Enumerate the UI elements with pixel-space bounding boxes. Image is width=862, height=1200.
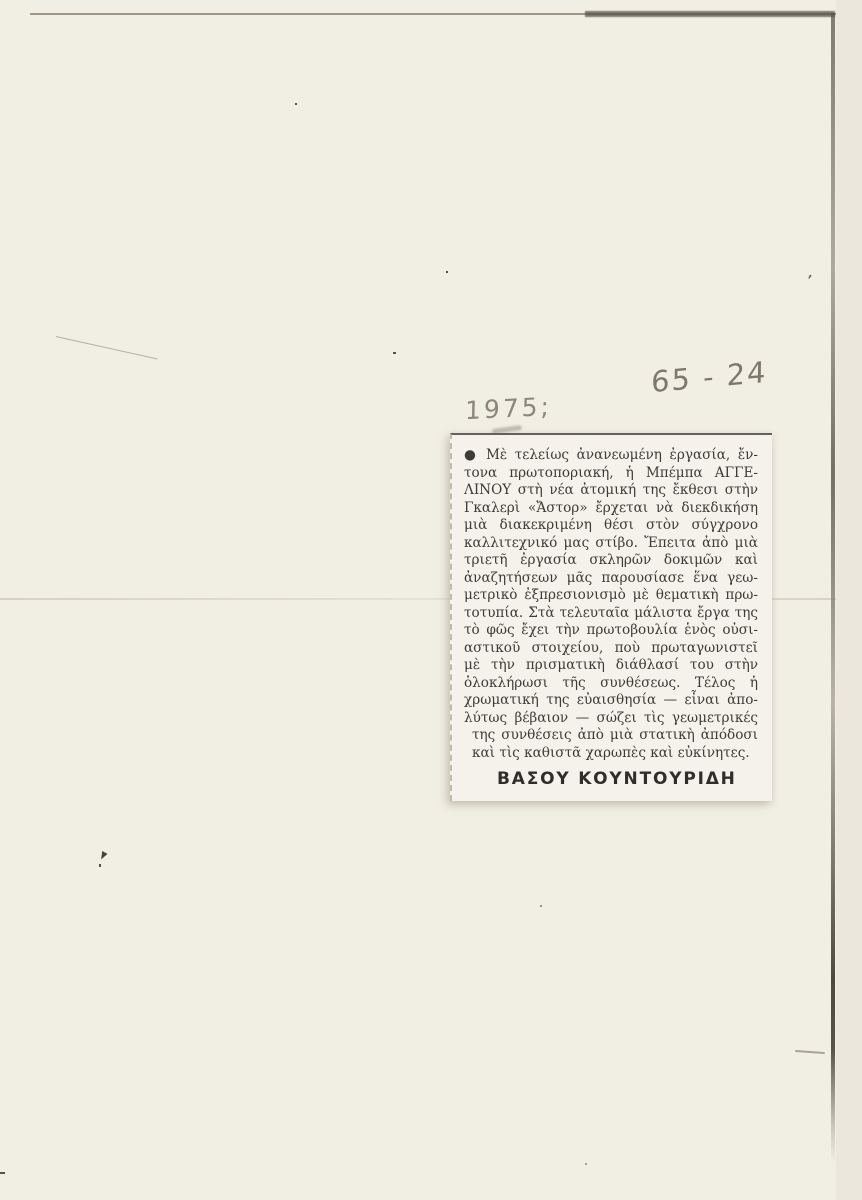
paper-right-edge-line <box>831 13 835 1163</box>
clipping-line: τριετῆ ἐργασία σκληρῶν δοκιμῶν καὶ <box>464 552 758 570</box>
handwritten-code-note: 65 - 24 <box>651 355 768 399</box>
ink-tick-mark <box>98 851 107 861</box>
clipping-byline: ΒΑΣΟΥ ΚΟΥΝΤΟΥΡΙΔΗ <box>497 769 760 789</box>
paper-speck <box>393 352 396 354</box>
newspaper-clipping: ● Μὲ τελείως ἀνανεωμένη ἐργασία, ἔν-τονα… <box>450 433 772 801</box>
clipping-line: ἀναζητήσεων μᾶς παρουσίασε ἕνα γεω- <box>464 570 758 588</box>
paper-speck <box>0 1172 5 1174</box>
scanned-page: ʼ 1975; 65 - 24 ● Μὲ τελείως ἀνανεωμένη … <box>0 0 862 1200</box>
scanner-background-strip <box>836 0 862 1200</box>
clipping-line: καλλιτεχνικό μας στίβο. Ἔπειτα ἀπὸ μιὰ <box>464 535 758 553</box>
clipping-line: λύτως βέβαιον — σώζει τὶς γεωμετρικές <box>464 710 758 728</box>
clipping-line: ● Μὲ τελείως ἀνανεωμένη ἐργασία, ἔν- <box>464 447 758 465</box>
clipping-line: μετρικὸ ἐξπρεσιονισμὸ μὲ θεματικὴ πρω- <box>464 587 758 605</box>
stray-pencil-squiggle <box>795 1050 825 1054</box>
clipping-line: τὸ φῶς ἔχει τὴν πρωτοβουλία ἑνὸς οὐσι- <box>464 622 758 640</box>
paper-speck <box>540 905 542 907</box>
clipping-line: καὶ τὶς καθιστᾶ χαρωπὲς καὶ εὐκίνητες. <box>464 745 758 763</box>
clipping-line: ΛΙΝΟΥ στὴ νέα ἀτομική της ἔκθεσι στὴν <box>464 482 758 500</box>
paper-top-edge-shadow <box>585 11 835 17</box>
clipping-line: ὁλοκλήρωσι τῆς συνθέσεως. Τέλος ἡ <box>464 675 758 693</box>
paper-speck <box>446 271 448 273</box>
clipping-line: μιὰ διακεκριμένη θέσι στὸν σύγχρονο <box>464 517 758 535</box>
handwritten-year-note: 1975; <box>465 392 552 426</box>
clipping-line: μὲ τὴν πρισματικὴ διάθλασί του στὴν <box>464 657 758 675</box>
paper-speck <box>585 1163 587 1165</box>
stray-pen-stroke: ʼ <box>804 272 813 293</box>
clipping-line: αστικοῦ στοιχείου, ποὺ πρωταγωνιστεῖ <box>464 640 758 658</box>
paper-scratch-mark <box>56 336 158 359</box>
clipping-line: της συνθέσεις ἀπὸ μιὰ στατικὴ ἀπόδοσι <box>464 727 758 745</box>
clipping-line: τονα πρωτοποριακή, ἡ Μπέμπα ΑΓΓΕ- <box>464 465 758 483</box>
paper-speck <box>295 103 297 105</box>
clipping-text: ● Μὲ τελείως ἀνανεωμένη ἐργασία, ἔν-τονα… <box>464 447 760 762</box>
clipping-line: τοτυπία. Στὰ τελευταῖα μάλιστα ἔργα της <box>464 605 758 623</box>
ink-tick-dot <box>99 864 101 867</box>
clipping-line: Γκαλερὶ «Ἄστορ» ἔρχεται νὰ διεκδικήση <box>464 500 758 518</box>
clipping-line: χρωματική της εὐαισθησία — εἶναι ἀπο- <box>464 692 758 710</box>
